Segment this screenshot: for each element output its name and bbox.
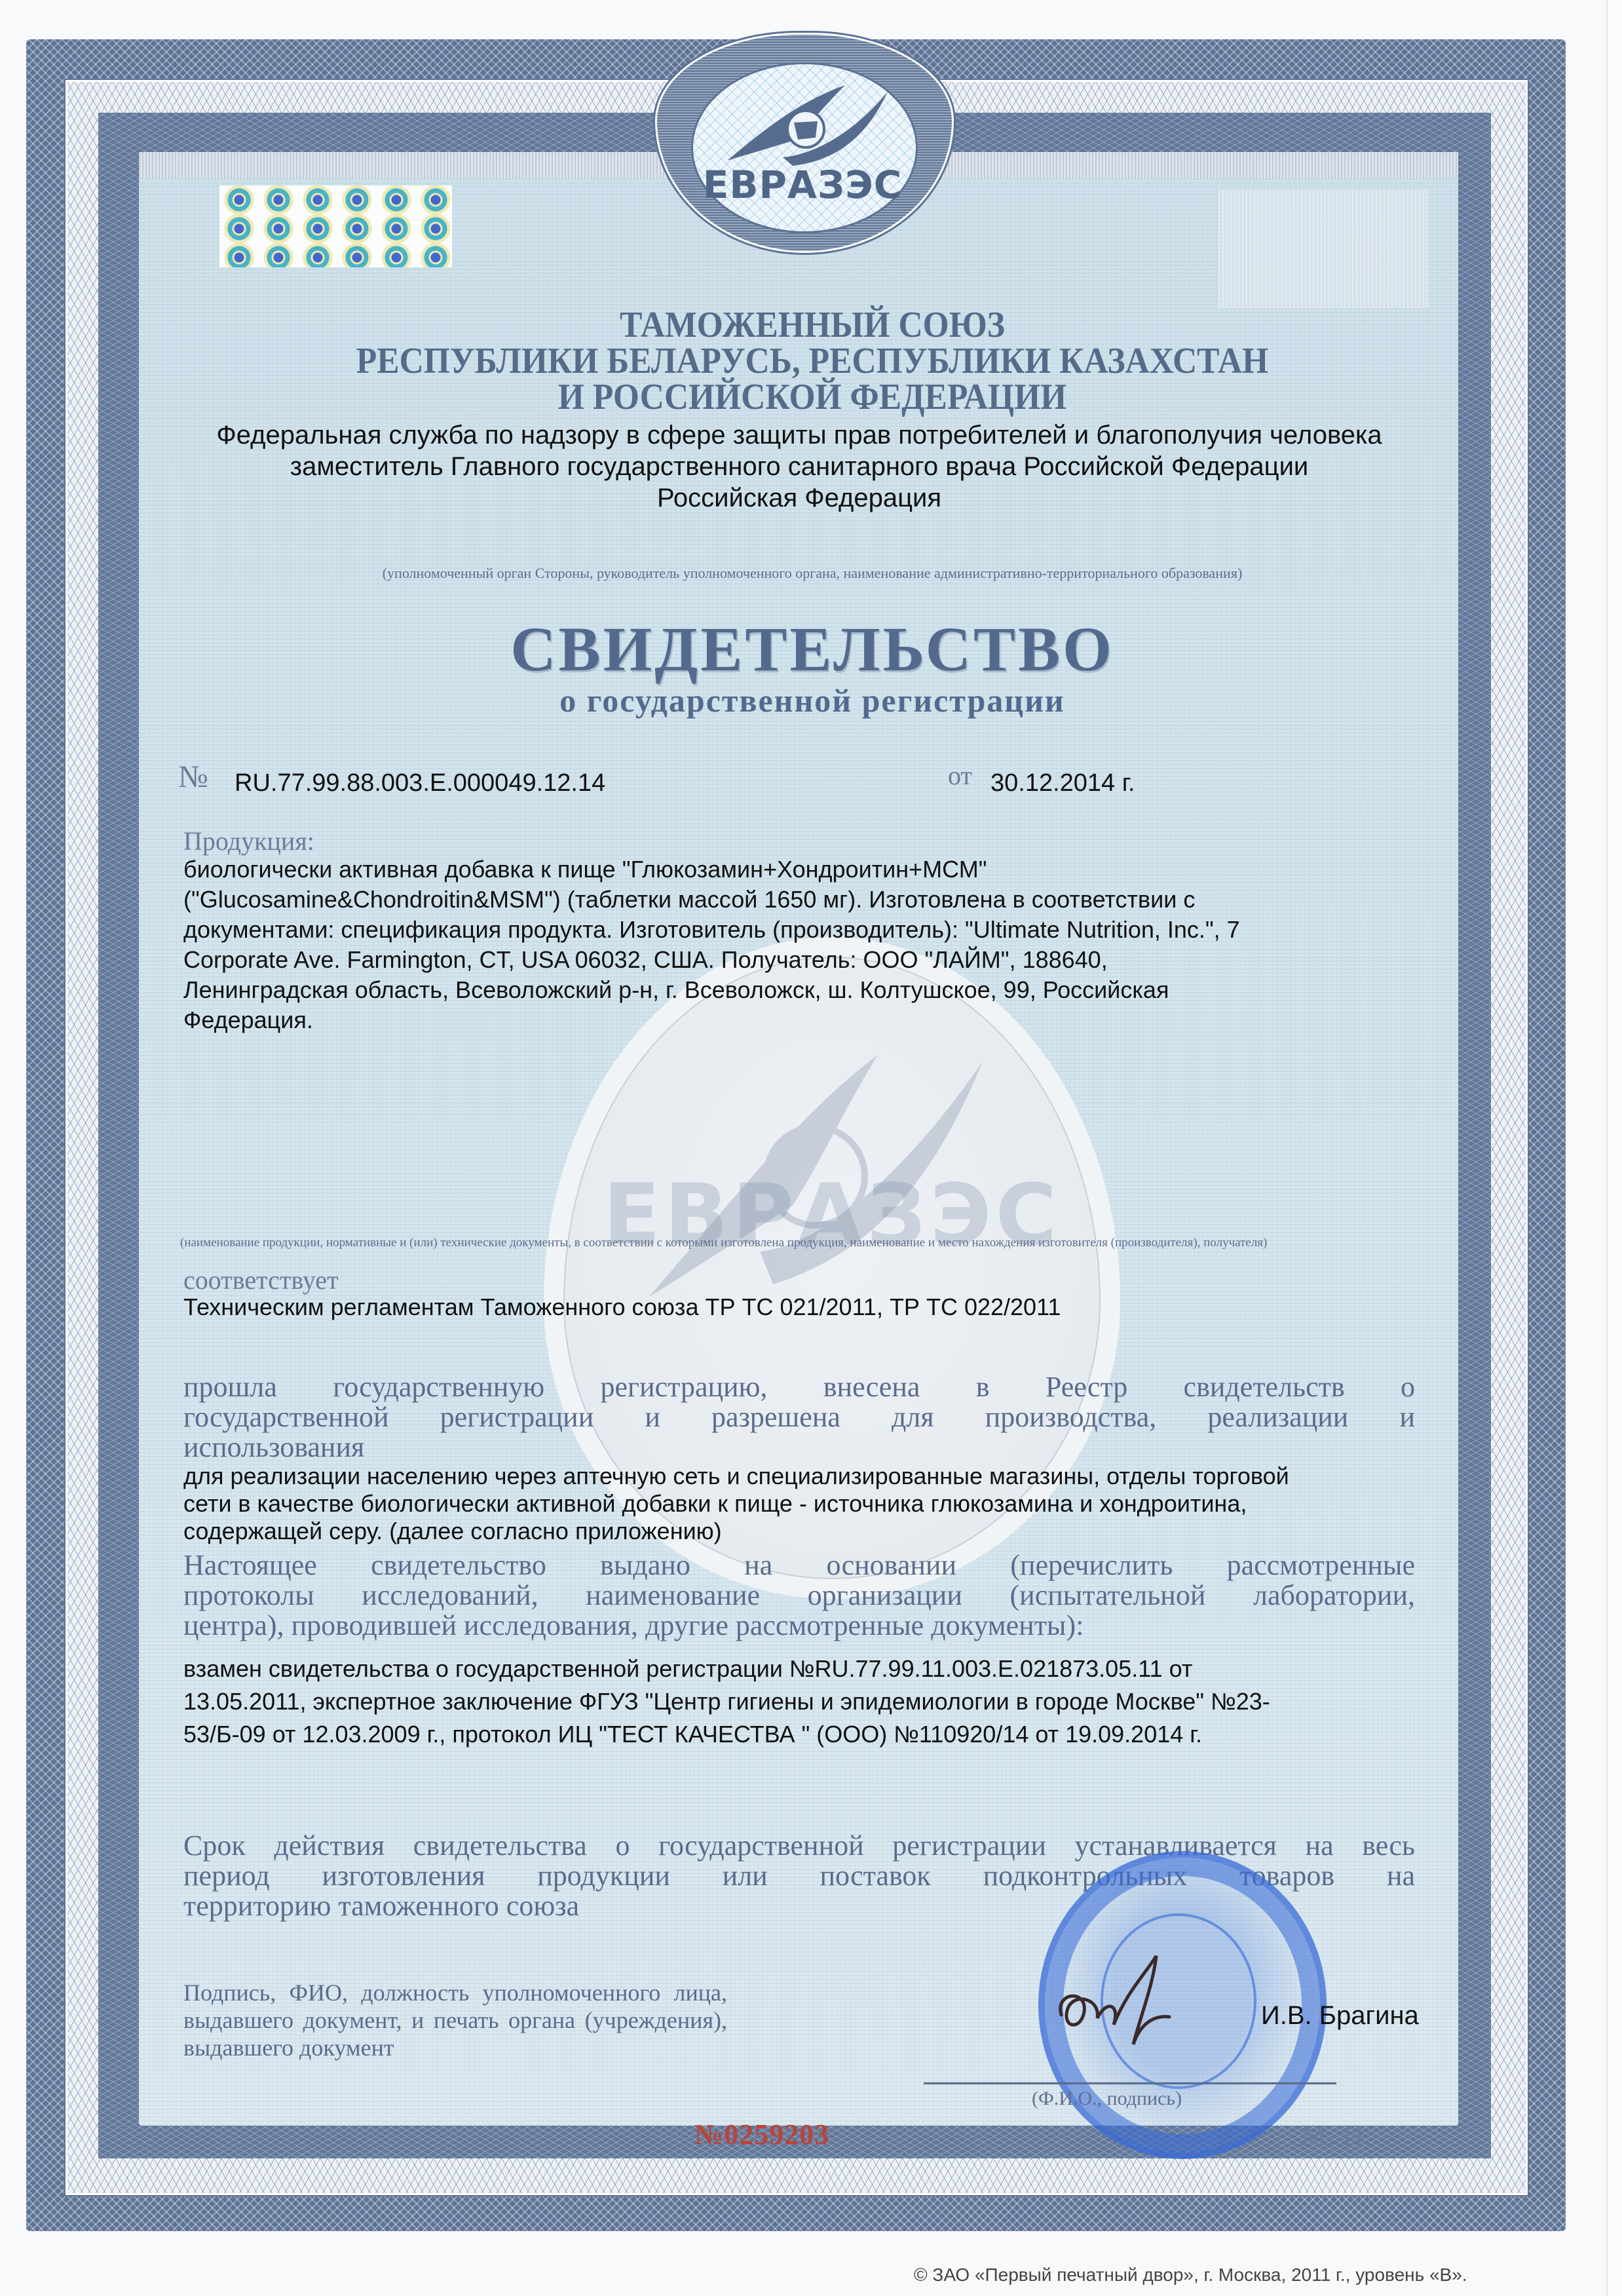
signature-label-line: выдавшего документ, и печать органа (учр… xyxy=(183,2006,727,2034)
registration-number: RU.77.99.88.003.E.000049.12.14 xyxy=(235,768,605,798)
product-line: Ленинградская область, Всеволожский р-н,… xyxy=(183,975,1428,1005)
printer-imprint: © ЗАО «Первый печатный двор», г. Москва,… xyxy=(914,2265,1467,2286)
handwritten-signature-icon xyxy=(1048,1953,1218,2051)
validity-line: Срок действия свидетельства о государств… xyxy=(183,1831,1415,1861)
statement-line: использования xyxy=(183,1432,1415,1463)
number-sign: № xyxy=(178,759,208,795)
registration-date: 30.12.2014 г. xyxy=(990,768,1135,798)
usage-line: для реализации населению через аптечную … xyxy=(183,1463,1467,1490)
basis-label-line: центра), проводившей исследования, други… xyxy=(183,1611,1415,1641)
form-serial-number: №0259203 xyxy=(694,2118,829,2151)
emblem-label: ЕВРАЗЭС xyxy=(655,163,950,207)
agency-line-1: Федеральная служба по надзору в сфере за… xyxy=(157,419,1441,451)
product-line: Федерация. xyxy=(183,1005,1428,1035)
basis-label-line: Настоящее свидетельство выдано на основа… xyxy=(183,1550,1415,1580)
basis-value-line: взамен свидетельства о государственной р… xyxy=(183,1653,1467,1685)
basis-value-line: 13.05.2011, экспертное заключение ФГУЗ "… xyxy=(183,1685,1467,1718)
product-caption: (наименование продукции, нормативные и (… xyxy=(180,1236,1458,1250)
registration-statement: прошла государственную регистрацию, внес… xyxy=(183,1372,1415,1463)
signature-line xyxy=(924,2082,1336,2084)
seal-place-mark: М. П. xyxy=(1300,2118,1372,2152)
security-pattern-patch xyxy=(1218,190,1428,308)
product-label: Продукция: xyxy=(183,826,314,856)
eurasec-emblem: ЕВРАЗЭС xyxy=(655,33,950,249)
union-title-line-2: РЕСПУБЛИКИ БЕЛАРУСЬ, РЕСПУБЛИКИ КАЗАХСТА… xyxy=(246,341,1379,381)
union-title-line-1: ТАМОЖЕННЫЙ СОЮЗ xyxy=(246,305,1379,345)
basis-documents: взамен свидетельства о государственной р… xyxy=(183,1653,1467,1751)
statement-line: прошла государственную регистрацию, внес… xyxy=(183,1372,1415,1402)
product-line: Corporate Ave. Farmington, CT, USA 06032… xyxy=(183,945,1428,975)
signer-name: И.В. Брагина xyxy=(1261,2000,1419,2031)
product-description: биологически активная добавка к пище "Гл… xyxy=(183,854,1428,1035)
conformity-label: соответствует xyxy=(183,1265,339,1295)
product-line: биологически активная добавка к пище "Гл… xyxy=(183,854,1428,885)
certificate-subtitle: о государственной регистрации xyxy=(197,681,1428,719)
usage-line: содержащей серу. (далее согласно приложе… xyxy=(183,1518,1467,1545)
basis-label: Настоящее свидетельство выдано на основа… xyxy=(183,1550,1415,1641)
date-label: от xyxy=(948,760,972,791)
usage-description: для реализации населению через аптечную … xyxy=(183,1463,1467,1545)
agency-line-2: заместитель Главного государственного са… xyxy=(157,451,1441,482)
basis-label-line: протоколы исследований, наименование орг… xyxy=(183,1580,1415,1611)
agency-caption: (уполномоченный орган Стороны, руководит… xyxy=(197,565,1428,582)
certificate-title: СВИДЕТЕЛЬСТВО xyxy=(197,613,1428,685)
usage-line: сети в качестве биологически активной до… xyxy=(183,1490,1467,1518)
signature-caption: (Ф.И.О., подпись) xyxy=(1032,2088,1182,2110)
signature-label-line: выдавшего документ xyxy=(183,2034,727,2061)
signature-label-line: Подпись, ФИО, должность уполномоченного … xyxy=(183,1979,727,2006)
agency-line-3: Российская Федерация xyxy=(157,482,1441,514)
product-line: ("Glucosamine&Chondroitin&MSM") (таблетк… xyxy=(183,885,1428,915)
signature-label: Подпись, ФИО, должность уполномоченного … xyxy=(183,1979,727,2061)
eurasec-globe-swoosh-icon xyxy=(721,82,891,167)
conformity-value: Техническим регламентам Таможенного союз… xyxy=(183,1292,1061,1322)
basis-value-line: 53/Б-09 от 12.03.2009 г., протокол ИЦ "Т… xyxy=(183,1718,1467,1751)
product-line: документами: спецификация продукта. Изго… xyxy=(183,915,1428,945)
union-title-line-3: И РОССИЙСКОЙ ФЕДЕРАЦИИ xyxy=(246,377,1379,417)
hologram-sticker xyxy=(219,185,452,267)
statement-line: государственной регистрации и разрешена … xyxy=(183,1402,1415,1432)
